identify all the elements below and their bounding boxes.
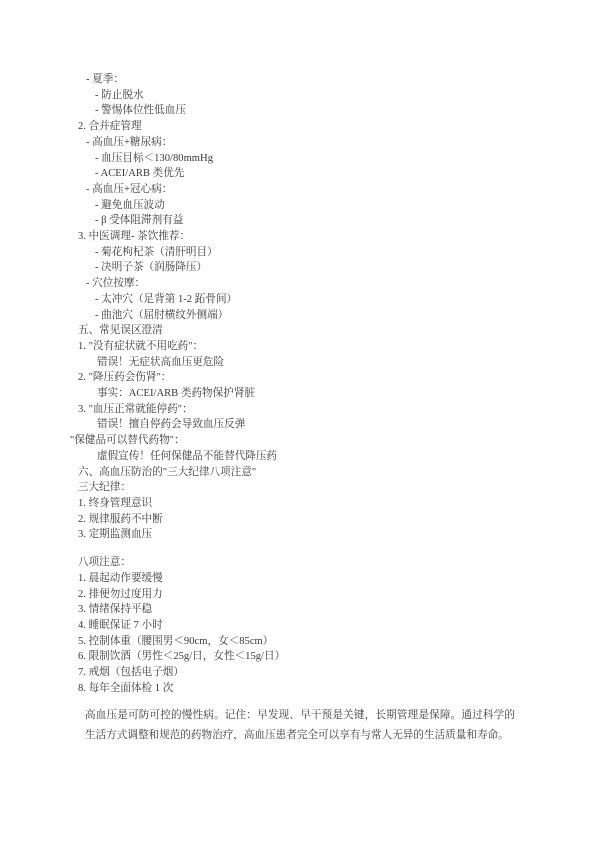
document-line: 1. 终身管理意识 <box>78 496 595 512</box>
document-line: 三大纪律： <box>78 480 595 496</box>
document-line: - 防止脱水 <box>95 88 595 104</box>
document-line: - 高血压+冠心病： <box>86 182 595 198</box>
document-line: 事实：ACEI/ARB 类药物保护肾脏 <box>97 386 595 402</box>
blank-line <box>0 543 595 555</box>
document-line: 2. 规律服药不中断 <box>78 512 595 528</box>
closing-paragraph: 高血压是可防可控的慢性病。记住：早发现、早干预是关键，长期管理是保障。通过科学的… <box>85 706 515 745</box>
document-line: 2. 排便勿过度用力 <box>78 587 595 603</box>
document-line: 1. 晨起动作要缓慢 <box>78 571 595 587</box>
document-line: - β 受体阻滞剂有益 <box>95 213 595 229</box>
document-line: 3. 情绪保持平稳 <box>78 602 595 618</box>
document-line: 2. "降压药会伤肾"： <box>78 370 595 386</box>
document-line: "保健品可以替代药物"： <box>70 433 595 449</box>
document-line: 错误！擅自停药会导致血压反弹 <box>97 417 595 433</box>
document-line: 4. 睡眠保证 7 小时 <box>78 618 595 634</box>
document-line: - ACEI/ARB 类优先 <box>95 166 595 182</box>
document-line: - 血压目标＜130/80mmHg <box>95 151 595 167</box>
document-line: 五、常见误区澄清 <box>78 323 595 339</box>
document-line: 2. 合并症管理 <box>78 119 595 135</box>
document-line: - 太冲穴（足背第 1-2 跖骨间） <box>95 292 595 308</box>
document-line: - 警惕体位性低血压 <box>95 103 595 119</box>
document-line: 1. "没有症状就不用吃药"： <box>78 339 595 355</box>
document-page: - 夏季：- 防止脱水- 警惕体位性低血压2. 合并症管理- 高血压+糖尿病：-… <box>0 0 595 841</box>
document-line: - 曲池穴（屈肘横纹外侧端） <box>95 308 595 324</box>
document-line: - 决明子茶（润肠降压） <box>95 260 595 276</box>
document-line: - 菊花枸杞茶（清肝明目） <box>95 245 595 261</box>
document-line: 六、高血压防治的"三大纪律八项注意" <box>78 465 595 481</box>
document-line: - 高血压+糖尿病： <box>86 135 595 151</box>
document-line: 八项注意： <box>78 555 595 571</box>
document-line: 3. "血压正常就能停药"： <box>78 402 595 418</box>
document-line: - 避免血压波动 <box>95 198 595 214</box>
document-line: 虚假宣传！任何保健品不能替代降压药 <box>97 449 595 465</box>
document-body: - 夏季：- 防止脱水- 警惕体位性低血压2. 合并症管理- 高血压+糖尿病：-… <box>0 72 595 696</box>
document-line: 7. 戒烟（包括电子烟） <box>78 665 595 681</box>
document-line: 5. 控制体重（腰围男＜90cm，女＜85cm） <box>78 634 595 650</box>
document-line: 3. 定期监测血压 <box>78 527 595 543</box>
document-line: 8. 每年全面体检 1 次 <box>78 681 595 697</box>
document-line: - 穴位按摩： <box>86 276 595 292</box>
document-line: 3. 中医调理- 茶饮推荐： <box>78 229 595 245</box>
document-line: 6. 限制饮酒（男性＜25g/日，女性＜15g/日） <box>78 649 595 665</box>
document-line: 错误！无症状高血压更危险 <box>97 355 595 371</box>
document-line: - 夏季： <box>86 72 595 88</box>
